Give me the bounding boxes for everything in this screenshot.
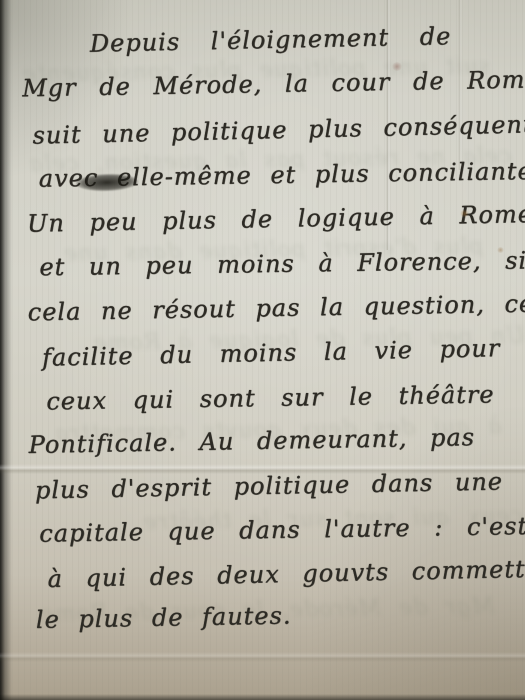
handwritten-line: capitale que dans l'autre : c'est [39, 514, 525, 546]
handwritten-line: Depuis l'éloignement de [90, 24, 452, 56]
handwritten-line: Pontificale. Au demeurant, pas [28, 425, 475, 457]
handwritten-line: Un peu plus de logique à Rome [27, 202, 525, 236]
paper-stain [392, 62, 402, 71]
handwritten-line: le plus de fautes. [36, 603, 292, 631]
handwritten-line: à qui des deux gouvts commettra [47, 556, 525, 591]
handwritten-line: suit une politique plus conséquente [32, 112, 525, 148]
handwritten-line: plus d'esprit politique dans une [35, 469, 503, 502]
handwritten-line: et un peu moins à Florence, si [39, 248, 525, 279]
paper-stain [460, 210, 469, 217]
handwritten-line: facilite du moins la vie pour [42, 336, 501, 370]
letter-photo: suit une politique plus conséquente cela… [0, 0, 525, 700]
handwriting-layer: Depuis l'éloignement de Mgr de Mérode, l… [0, 0, 525, 700]
handwritten-line: cela ne résout pas la question, cela [28, 291, 525, 324]
handwritten-line: ceux qui sont sur le théâtre [46, 382, 495, 413]
handwritten-line: Mgr de Mérode, la cour de Rome [22, 67, 525, 100]
photo-edge-shadow [0, 694, 525, 700]
paper-stain [497, 247, 504, 253]
